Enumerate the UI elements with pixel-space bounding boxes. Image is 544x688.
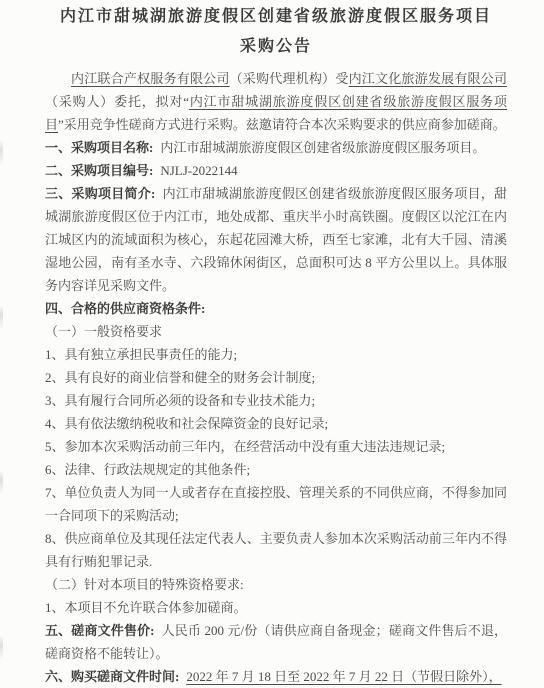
- section-project-name-value: 内江市甜城湖旅游度假区创建省级旅游度假区服务项目。: [160, 140, 485, 155]
- special-qualifications-header: （二）针对本项目的特殊资格要求:: [45, 573, 507, 596]
- section-purchase-time-label: 六、购买磋商文件时间:: [45, 669, 186, 684]
- purchaser-name: 内江文化旅游发展有限公司: [349, 71, 507, 86]
- qualification-item: 7、单位负责人为同一人或者存在直接控股、管理关系的不同供应商，不得参加同一合同项…: [45, 481, 507, 527]
- general-qualifications-header: （一）一般资格要求: [45, 320, 507, 343]
- section-project-name: 一、采购项目名称:内江市甜城湖旅游度假区创建省级旅游度假区服务项目。: [45, 136, 507, 159]
- section-document-price: 五、磋商文件售价:人民币 200 元/份（请供应商自备现金；磋商文件售后不退，磋…: [45, 619, 507, 665]
- special-qualification-item: 1、本项目不允许联合体参加磋商。: [45, 596, 507, 619]
- title-line-2: 采购公告: [45, 32, 507, 62]
- qualification-item: 1、具有独立承担民事责任的能力;: [45, 343, 507, 366]
- title-line-1: 内江市甜城湖旅游度假区创建省级旅游度假区服务项目: [45, 2, 507, 32]
- document-title: 内江市甜城湖旅游度假区创建省级旅游度假区服务项目 采购公告: [45, 2, 507, 62]
- section-project-number-label: 二、采购项目编号:: [45, 163, 160, 178]
- intro-paragraph: 内江联合产权服务有限公司（采购代理机构）受内江文化旅游发展有限公司（采购人）委托…: [45, 67, 507, 136]
- section-purchase-time: 六、购买磋商文件时间:2022 年 7 月 18 日至 2022 年 7 月 2…: [45, 665, 507, 688]
- section-project-number-value: NJLJ-2022144: [160, 163, 237, 178]
- qualification-item: 5、参加本次采购活动前三年内，在经营活动中没有重大违法违规记录;: [45, 435, 507, 458]
- section-project-name-label: 一、采购项目名称:: [45, 140, 160, 155]
- qualification-item: 6、法律、行政法规规定的其他条件;: [45, 458, 507, 481]
- section-document-price-label: 五、磋商文件售价:: [45, 623, 161, 638]
- section-project-summary: 三、采购项目简介:内江市甜城湖旅游度假区创建省级旅游度假区服务项目，甜城湖旅游度…: [45, 182, 507, 297]
- scan-artifact: [0, 0, 3, 688]
- qualification-item: 8、供应商单位及其现任法定代表人、主要负责人参加本次采购活动前三年内不得具有行贿…: [45, 527, 507, 573]
- section-project-number: 二、采购项目编号:NJLJ-2022144: [45, 159, 507, 182]
- qualification-item: 3、具有履行合同所必须的设备和专业技术能力;: [45, 389, 507, 412]
- agency-name: 内江联合产权服务有限公司: [71, 71, 230, 86]
- special-qualifications: （二）针对本项目的特殊资格要求: 1、本项目不允许联合体参加磋商。: [45, 573, 507, 619]
- section-purchase-time-value: 2022 年 7 月 18 日至 2022 年 7 月 22 日（节假日除外），: [186, 669, 501, 684]
- document-body: 内江联合产权服务有限公司（采购代理机构）受内江文化旅游发展有限公司（采购人）委托…: [45, 67, 507, 688]
- intro-text-3: ”采用竞争性磋商方式进行采购。兹邀请符合本次采购要求的供应商参加磋商。: [58, 117, 506, 132]
- intro-text-1: （采购代理机构）受: [230, 71, 349, 86]
- section-project-summary-label: 三、采购项目简介:: [45, 186, 162, 201]
- section-supplier-qualifications-label: 四、合格的供应商资格条件:: [45, 301, 212, 316]
- intro-text-2: （采购人）委托，拟对“: [45, 94, 189, 109]
- general-qualifications: （一）一般资格要求 1、具有独立承担民事责任的能力; 2、具有良好的商业信誉和健…: [45, 320, 507, 573]
- document-page: 内江市甜城湖旅游度假区创建省级旅游度假区服务项目 采购公告 内江联合产权服务有限…: [0, 0, 544, 688]
- qualification-item: 4、具有依法缴纳税收和社会保障资金的良好记录;: [45, 412, 507, 435]
- section-project-summary-value: 内江市甜城湖旅游度假区创建省级旅游度假区服务项目，甜城湖旅游度假区位于内江市，地…: [45, 186, 507, 293]
- qualification-item: 2、具有良好的商业信誉和健全的财务会计制度;: [45, 366, 507, 389]
- section-supplier-qualifications: 四、合格的供应商资格条件:: [45, 297, 507, 320]
